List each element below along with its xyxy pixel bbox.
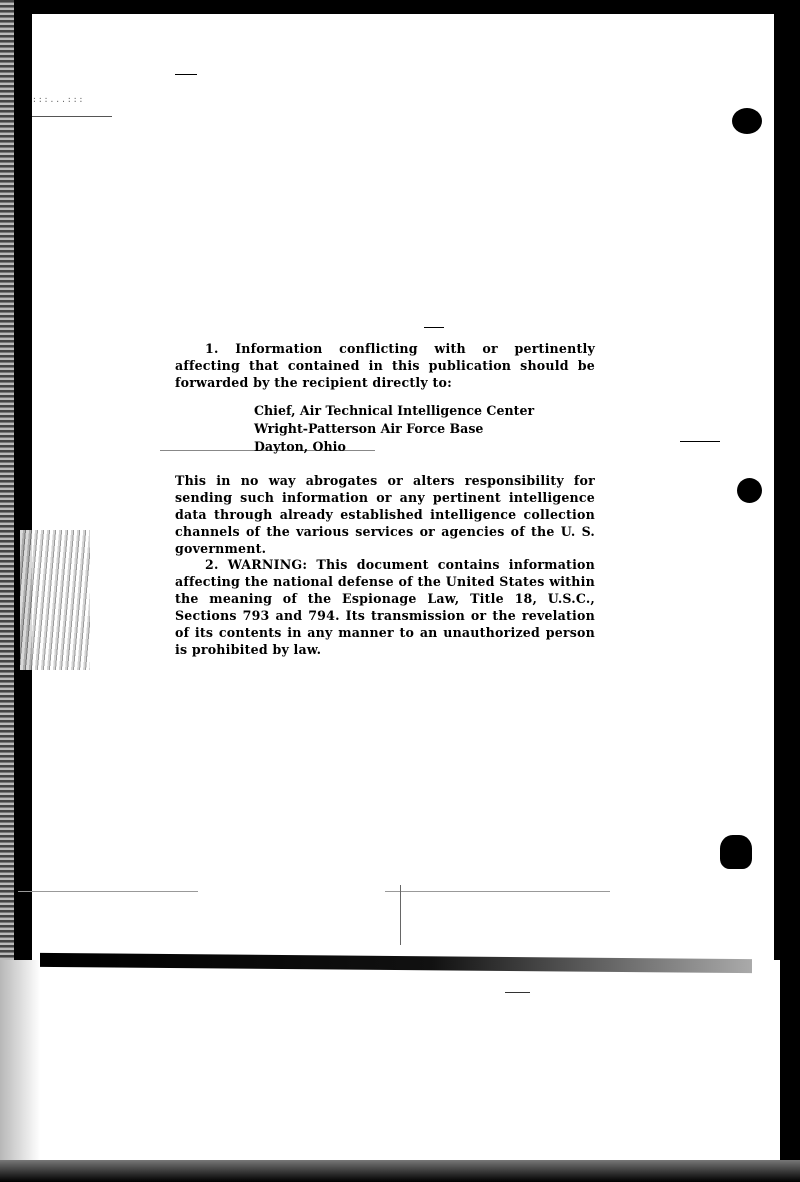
scan-artifact-line (424, 327, 444, 328)
paragraph-1: 1. Information conflicting with or perti… (175, 340, 595, 391)
address-line-1: Chief, Air Technical Intelligence Center (254, 402, 534, 420)
paragraph-1b-text: This in no way abrogates or alters respo… (175, 473, 595, 556)
scan-artifact-line (18, 891, 198, 892)
paragraph-2: 2. WARNING: This document contains infor… (175, 556, 595, 658)
scan-artifact-line (175, 74, 197, 75)
paragraph-2-text: This document contains information affec… (175, 557, 595, 657)
binding-tab-artifact (20, 530, 90, 670)
scan-artifact-noise: :::...::: (32, 95, 84, 104)
address-line-2: Wright-Patterson Air Force Base (254, 420, 534, 438)
punch-hole-top (732, 108, 762, 134)
scan-bottom-edge (0, 1160, 800, 1182)
paragraph-2-number: 2. (205, 557, 219, 572)
paragraph-1-text: Information conflicting with or pertinen… (175, 341, 595, 390)
scan-artifact-line (505, 992, 530, 993)
address-block: Chief, Air Technical Intelligence Center… (254, 402, 534, 456)
scan-dark-border-left (14, 0, 32, 960)
warning-label: WARNING: (228, 557, 308, 572)
paragraph-1-number: 1. (205, 341, 219, 356)
address-line-3: Dayton, Ohio (254, 438, 534, 456)
punch-hole-middle (737, 478, 762, 503)
underlying-sheet (0, 960, 780, 1160)
scan-artifact-line (400, 885, 401, 945)
paragraph-1-continuation: This in no way abrogates or alters respo… (175, 472, 595, 557)
scan-artifact-line (680, 441, 720, 442)
scan-artifact-line (32, 116, 112, 117)
scan-artifact-line (385, 891, 610, 892)
punch-hole-bottom (720, 835, 752, 869)
